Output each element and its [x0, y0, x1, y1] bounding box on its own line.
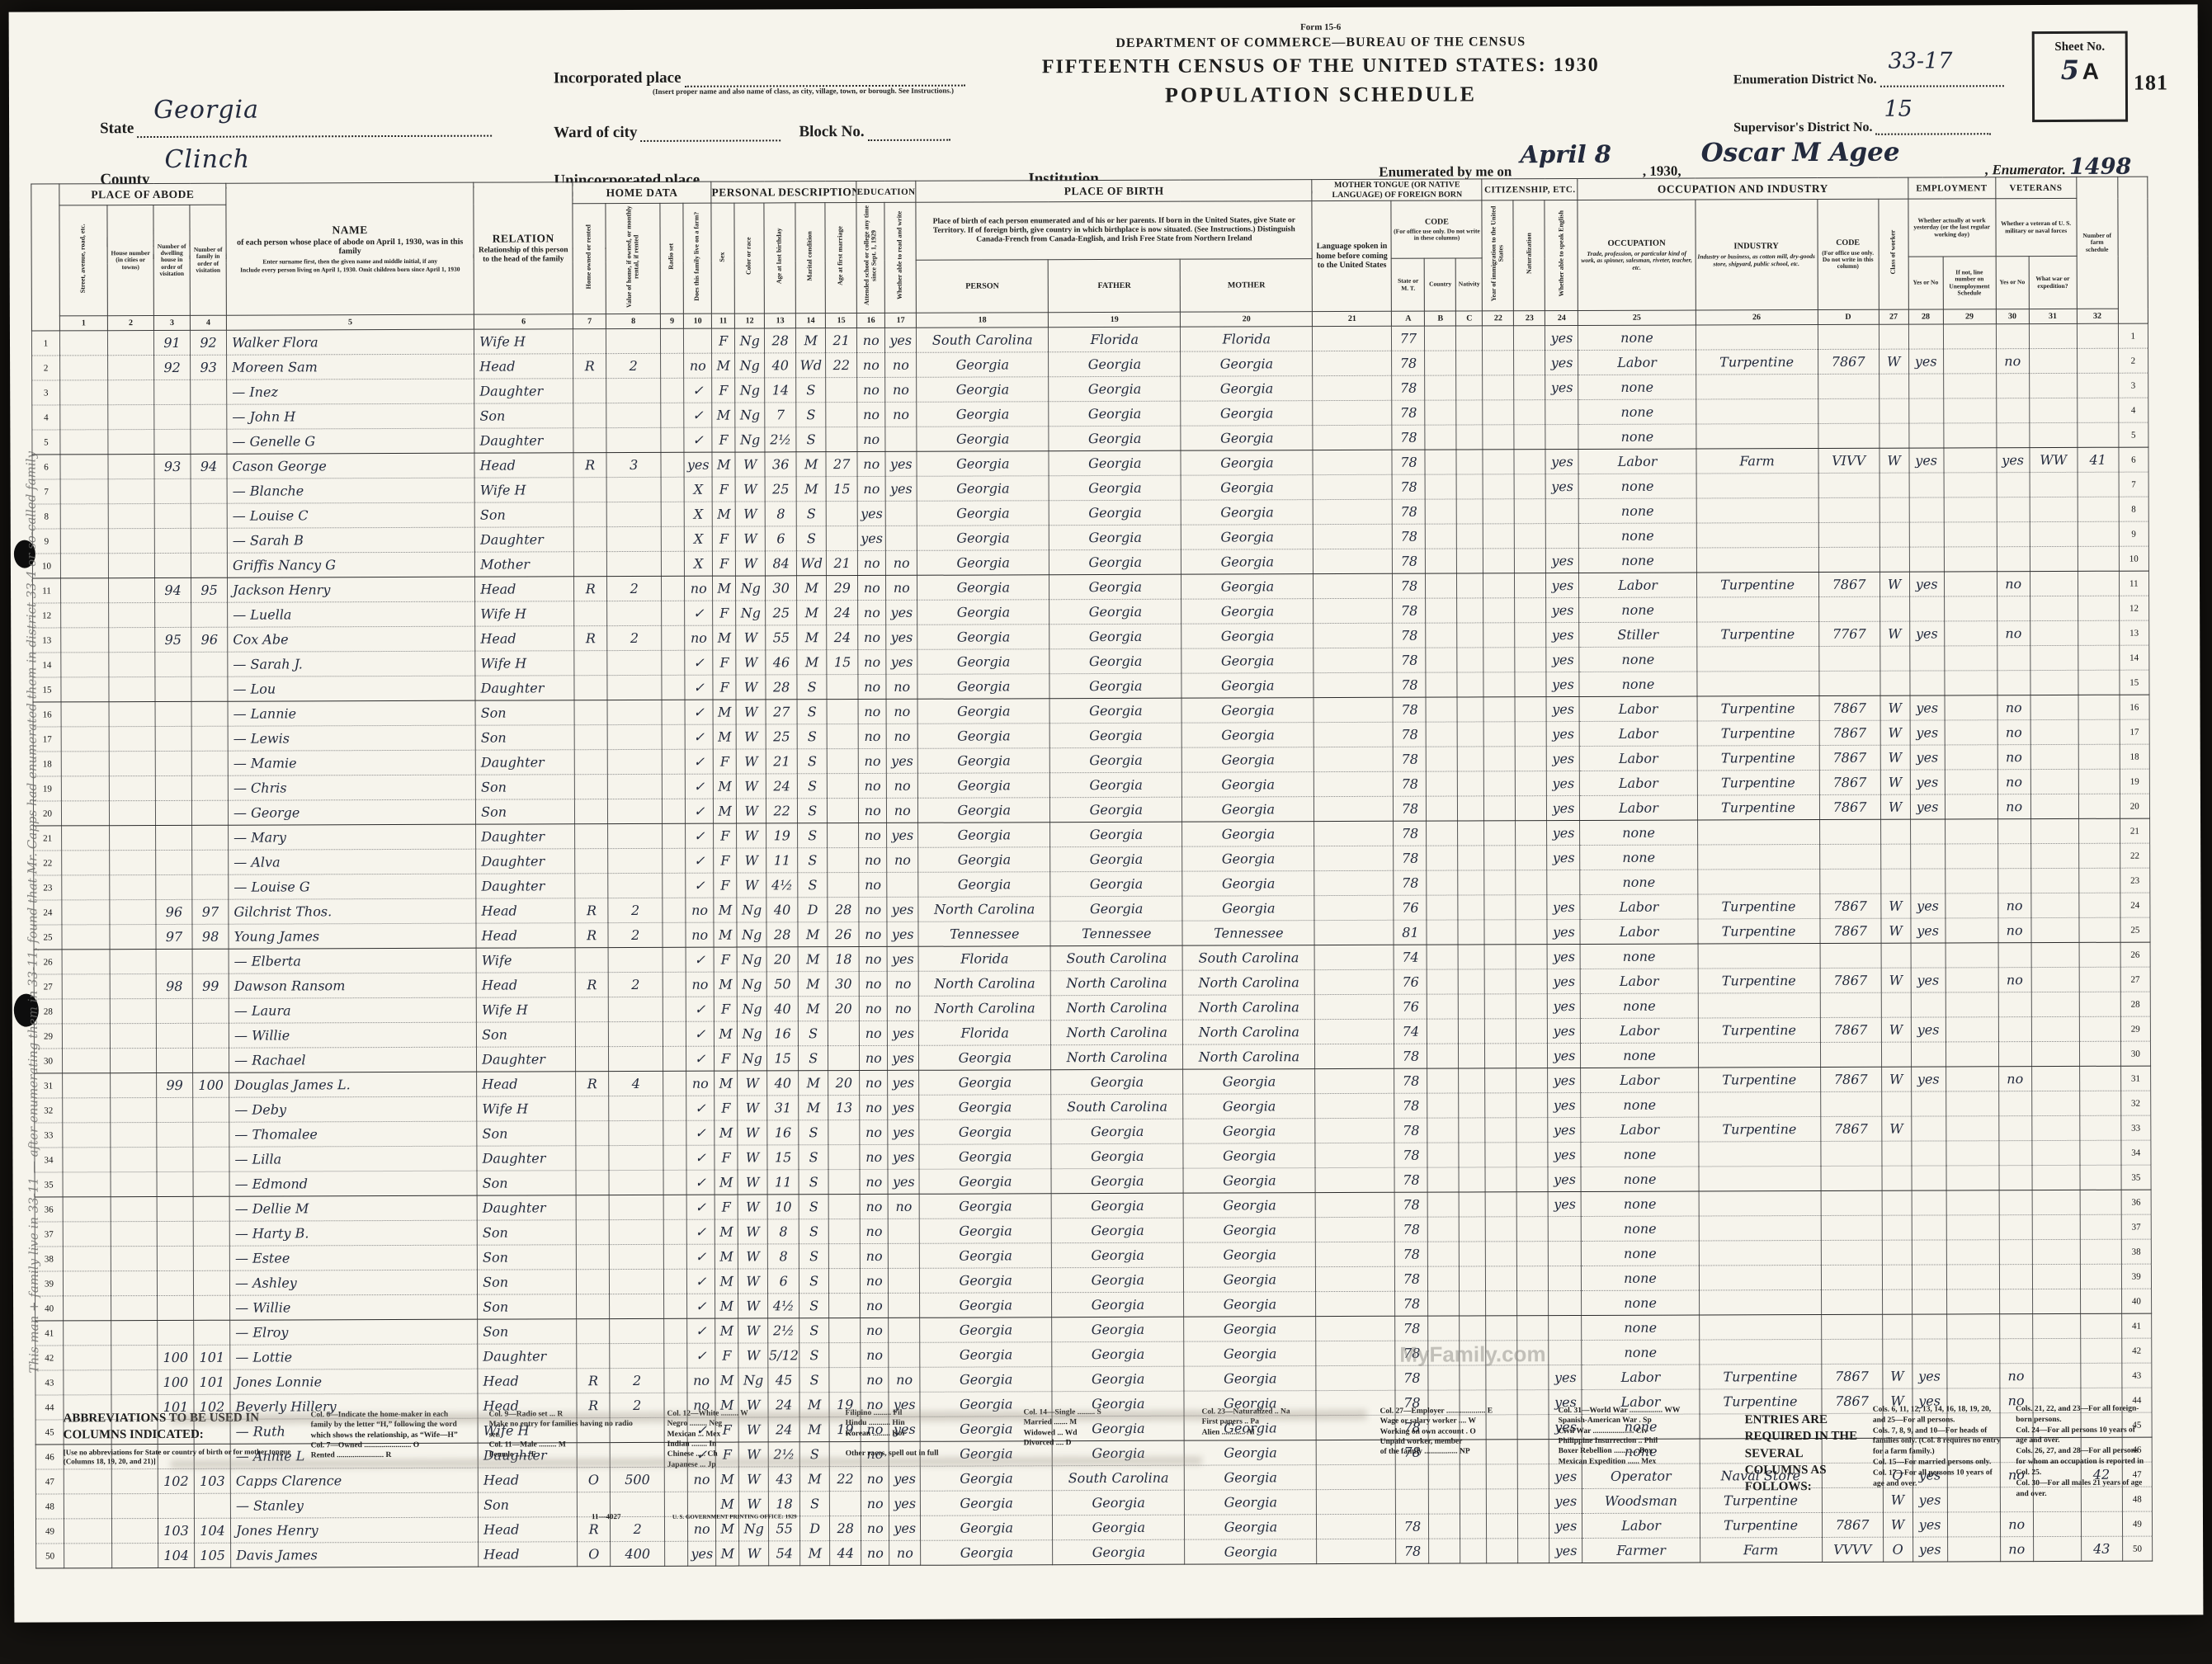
cell [1515, 648, 1546, 672]
cell [1516, 722, 1547, 747]
cell: yes [1545, 375, 1578, 399]
cell [1515, 623, 1546, 648]
cell [191, 379, 227, 404]
cell: no [1998, 918, 2031, 943]
cell [191, 775, 228, 800]
cell [1460, 1539, 1487, 1563]
cell: 7867 [1819, 720, 1880, 745]
cell [191, 701, 228, 726]
cell: 2 [608, 898, 663, 922]
cell: W [1882, 1364, 1912, 1388]
sup-district-value: 15 [1884, 97, 1912, 122]
cell [1425, 375, 1456, 400]
cell: no [686, 898, 714, 922]
cell: ✓ [686, 997, 714, 1021]
cell [2078, 868, 2120, 893]
cell: no [1997, 745, 2030, 770]
cell: Georgia [1049, 351, 1181, 377]
cell [1996, 423, 2029, 448]
cell [1879, 423, 1908, 448]
cell: Georgia [1052, 1267, 1184, 1293]
cell [1460, 1192, 1486, 1217]
cell [1483, 450, 1514, 474]
cell: yes [888, 1095, 919, 1120]
cell: yes [1548, 944, 1581, 969]
cell [1313, 400, 1392, 425]
cell [109, 603, 155, 628]
column-number: 26 [1696, 309, 1818, 325]
col-25-header: OCCUPATION Trade, profession, or particu… [1578, 200, 1695, 310]
cell: ✓ [687, 1269, 715, 1294]
cell: — Lannie [228, 700, 475, 726]
cell [1908, 324, 1943, 349]
cell: W [735, 526, 765, 551]
cell: 11 [766, 848, 798, 873]
cell [109, 776, 155, 801]
cell [157, 1147, 193, 1171]
cell [1946, 1017, 1998, 1042]
cell: Georgia [1183, 1069, 1315, 1095]
cell: M [796, 452, 826, 477]
cell: Ng [737, 972, 766, 997]
cell [607, 724, 662, 749]
cell [1483, 623, 1515, 648]
cell [2030, 843, 2078, 868]
cell [1945, 745, 1997, 770]
cell: Daughter [477, 1195, 576, 1220]
line-number: 50 [36, 1544, 64, 1568]
cell: 11 [767, 1170, 799, 1195]
line-number: 25 [2120, 917, 2150, 942]
cell: F [713, 601, 736, 625]
cell [1425, 351, 1456, 375]
cell: yes [1546, 647, 1579, 672]
cell: none [1581, 1043, 1698, 1068]
cell: no [2000, 1537, 2033, 1562]
cell [575, 799, 608, 824]
cell: none [1579, 474, 1696, 498]
line-number: 44 [35, 1395, 64, 1420]
cell: 78 [1394, 722, 1427, 747]
cell [1944, 646, 1997, 671]
cell [62, 925, 110, 950]
cell [1315, 994, 1394, 1019]
cell: Ng [738, 1046, 767, 1071]
cell [576, 1220, 609, 1245]
cell [1458, 870, 1484, 895]
col-A-header: State or M. T. [1392, 258, 1425, 311]
cell [1943, 349, 1996, 374]
cell [1946, 1190, 1999, 1215]
cell [1880, 819, 1910, 844]
cell: no [860, 996, 888, 1021]
cell: X [684, 477, 712, 502]
cell [60, 504, 108, 529]
cell [1818, 671, 1879, 695]
cell [1485, 1068, 1516, 1093]
cell [1946, 1141, 1999, 1166]
cell [1910, 869, 1945, 893]
cell: no [857, 451, 885, 476]
cell: F [715, 1145, 738, 1170]
cell: 50 [766, 972, 798, 997]
cell: S [799, 1170, 828, 1195]
cell [2029, 323, 2077, 348]
cell [1314, 920, 1394, 945]
cell [1943, 374, 1996, 398]
column-number: 19 [1049, 312, 1181, 328]
cell [192, 998, 229, 1023]
cell: Wd [797, 551, 827, 576]
cell [155, 775, 191, 800]
cell: 7867 [1819, 745, 1880, 770]
cell [2078, 794, 2120, 818]
cell [1515, 672, 1546, 697]
cell [108, 356, 154, 380]
cell: W [736, 675, 766, 700]
cell [607, 675, 662, 700]
cell [111, 1098, 157, 1123]
cell [1458, 895, 1484, 920]
cell [573, 329, 606, 354]
cell: 104 [158, 1543, 195, 1567]
cell [576, 1146, 609, 1171]
cell [828, 774, 859, 799]
cell: ✓ [687, 1343, 715, 1368]
cell [606, 427, 661, 452]
col-3-header: Number of dwelling house in order of vis… [153, 205, 190, 315]
cell [576, 1171, 609, 1195]
cell [889, 1293, 920, 1318]
line-number: 43 [2121, 1363, 2151, 1388]
cell: W [1879, 621, 1909, 646]
line-number: 27 [2120, 967, 2150, 992]
cell [1912, 1265, 1946, 1289]
cell: no [686, 1071, 715, 1096]
cell [1944, 448, 1997, 473]
cell [2080, 1313, 2121, 1338]
cell [2078, 769, 2120, 794]
cell: 28 [766, 675, 797, 700]
cell: M [797, 650, 827, 675]
cell [1460, 1242, 1486, 1266]
cell: 78 [1393, 648, 1426, 672]
cell: 2½ [765, 427, 796, 452]
cell: W [1880, 695, 1910, 720]
cell: 15 [826, 477, 857, 502]
cell: 98 [156, 973, 192, 998]
cell: F [712, 427, 735, 452]
column-number: 28 [1908, 309, 1943, 324]
cell: yes [1547, 721, 1580, 746]
cell [1485, 994, 1516, 1019]
cell [62, 950, 110, 974]
cell [108, 380, 154, 405]
cell: Turpentine [1697, 695, 1819, 721]
cell: no [858, 575, 886, 600]
cell [610, 1294, 664, 1318]
cell: ✓ [686, 1120, 715, 1145]
cell [2030, 670, 2078, 695]
cell: Georgia [1181, 450, 1313, 476]
abbreviation-block: Col. 31—World War ................. WW S… [1559, 1405, 1715, 1467]
cell: Georgia [1181, 698, 1314, 724]
cell [1996, 324, 2029, 349]
cell [1460, 1316, 1486, 1341]
cell: none [1579, 548, 1696, 573]
cell: Head [475, 577, 574, 601]
cell: Labor [1579, 696, 1696, 721]
cell [1998, 1017, 2031, 1042]
cell [1546, 498, 1579, 523]
cell: Georgia [1049, 500, 1181, 526]
cell [2030, 868, 2078, 893]
cell: 22 [766, 799, 798, 823]
cell [154, 503, 191, 528]
cell [1314, 672, 1393, 697]
cell: M [797, 625, 827, 650]
cell [111, 1222, 157, 1247]
cell: yes [886, 625, 917, 649]
cell [1696, 497, 1818, 523]
line-number: 14 [2119, 645, 2148, 670]
col-13-header: Age at last birthday [764, 203, 795, 313]
cell [1699, 1314, 1821, 1340]
cell: ✓ [686, 823, 714, 848]
cell [2078, 571, 2119, 596]
cell: none [1582, 1241, 1699, 1266]
cell: Georgia [1182, 822, 1314, 847]
cell: S [799, 1145, 828, 1170]
cell [191, 800, 228, 825]
cell: 40 [767, 1071, 799, 1096]
line-number: 11 [2119, 571, 2148, 596]
cell [1821, 1314, 1882, 1339]
cell: W [1881, 1116, 1911, 1141]
cell [1945, 893, 1997, 918]
col-10-header: Does this family live on a farm? [683, 203, 711, 313]
cell [156, 949, 192, 973]
cell: 78 [1394, 747, 1427, 771]
cell: no [857, 377, 885, 402]
cell [110, 826, 156, 851]
cell: no [887, 773, 918, 798]
cell [1457, 598, 1483, 623]
line-number: 15 [2120, 670, 2149, 695]
cell [1483, 648, 1515, 672]
cell [1516, 796, 1547, 821]
cell [1998, 992, 2031, 1017]
cell: Ng [735, 328, 765, 353]
cell: yes [885, 476, 917, 501]
line-number: 4 [2118, 398, 2148, 422]
cell: no [861, 1243, 889, 1268]
cell: W [737, 848, 766, 873]
cell [2080, 1165, 2121, 1190]
cell: Georgia [1052, 1317, 1184, 1342]
cell: 6 [765, 526, 796, 551]
cell: W [736, 650, 766, 675]
cell: M [796, 328, 826, 353]
cell: 78 [1394, 1068, 1427, 1093]
cell [1483, 598, 1515, 623]
cell [1516, 895, 1547, 920]
cell [1818, 473, 1879, 497]
cell [194, 1295, 230, 1320]
cell: Son [477, 1121, 576, 1146]
cell: Florida [1181, 327, 1313, 352]
cell [576, 1121, 609, 1146]
cell [1457, 499, 1483, 524]
cell: 93 [154, 454, 191, 478]
cell: no [860, 1120, 888, 1144]
cell [1515, 573, 1546, 598]
cell: M [715, 1071, 738, 1096]
cell [2032, 1363, 2080, 1388]
cell [1882, 1314, 1912, 1339]
cell [1943, 398, 1996, 423]
cell: W [1881, 1067, 1911, 1091]
cell [60, 356, 108, 380]
cell: Georgia [1181, 525, 1314, 550]
entries-rule: Cols. 26, 27, and 28—For all persons for… [2016, 1446, 2144, 1478]
column-number: 20 [1181, 312, 1313, 328]
enumerator-name: Oscar M Agee [1701, 138, 1900, 168]
cell [661, 477, 684, 502]
cell [1515, 598, 1546, 623]
cell: R [574, 626, 607, 651]
cell: Georgia [1181, 673, 1314, 699]
cell [1999, 1240, 2032, 1265]
cell [60, 554, 108, 578]
cell: 78 [1392, 375, 1425, 400]
enumerated-label: Enumerated by me on [1379, 163, 1512, 180]
cell [61, 752, 109, 776]
cell [2029, 373, 2077, 398]
cell: Wife H [474, 329, 573, 354]
cell [1427, 920, 1458, 945]
cell: 16 [767, 1120, 799, 1145]
cell: yes [1549, 1191, 1582, 1216]
cell: no [857, 427, 885, 451]
cell: 96 [156, 899, 192, 924]
col-19-header: FATHER [1048, 259, 1180, 312]
cell: W [736, 724, 766, 749]
cell: Georgia [1049, 673, 1181, 699]
column-number: 30 [1996, 309, 2029, 324]
cell: 95 [191, 577, 228, 602]
cell [608, 823, 663, 848]
cell: Son [476, 799, 575, 824]
cell: Cox Abe [228, 626, 475, 652]
cell [109, 677, 155, 702]
line-number: 33 [2120, 1115, 2150, 1140]
cell: M [712, 403, 735, 427]
cell [888, 1219, 919, 1243]
cell [156, 1023, 192, 1048]
cell [2031, 1016, 2079, 1041]
cell: Georgia [1182, 846, 1314, 872]
cell: — Luella [228, 601, 475, 627]
cell [663, 1046, 686, 1071]
cell [62, 851, 110, 875]
cell [609, 1120, 663, 1145]
cell: W [738, 1096, 767, 1120]
cell [109, 752, 155, 776]
sheet-number-box: Sheet No. 5 A [2032, 31, 2128, 122]
cell: Georgia [918, 798, 1050, 823]
cell [1486, 1217, 1517, 1242]
cell: no [1997, 720, 2030, 745]
cell: Georgia [919, 1169, 1051, 1195]
cell: no [860, 1045, 888, 1070]
cell: yes [887, 823, 918, 847]
gpo-line: U. S. GOVERNMENT PRINTING OFFICE: 1929 [672, 1514, 797, 1521]
cell: M [799, 1071, 828, 1096]
cell [154, 528, 191, 553]
cell: W [738, 1219, 767, 1244]
cell [62, 900, 110, 925]
cell: Georgia [1049, 475, 1181, 501]
cell: Jones Lonnie [230, 1369, 478, 1394]
cell: Ng [737, 997, 766, 1021]
cell [1427, 1019, 1459, 1044]
column-number: 27 [1879, 309, 1908, 324]
cell [1881, 1042, 1911, 1067]
cell [1425, 425, 1456, 450]
cell [1699, 1265, 1821, 1290]
cell: 22 [826, 353, 857, 378]
cell: South Carolina [1050, 945, 1182, 971]
cell: 96 [191, 627, 228, 652]
cell: Georgia [917, 427, 1049, 452]
cell: 15 [767, 1046, 799, 1071]
cell: South Carolina [917, 328, 1049, 353]
cell [1818, 398, 1879, 423]
cell [2032, 1264, 2080, 1289]
cell [1428, 1217, 1460, 1242]
cell: no [857, 328, 885, 352]
cell: M [715, 1170, 738, 1195]
cell [192, 1023, 229, 1048]
cell: F [714, 848, 737, 873]
cell [826, 378, 857, 403]
cell: R [573, 354, 606, 379]
watermark: MyFamily.com [1399, 1341, 1545, 1368]
cell [154, 404, 191, 429]
cell [663, 1219, 686, 1244]
cell: Georgia [1184, 1366, 1316, 1392]
cell [110, 851, 156, 875]
line-number: 8 [2119, 497, 2148, 521]
cell: S [799, 1195, 828, 1219]
entries-right: Cols. 21, 22, and 23—For all foreign-bor… [2016, 1404, 2144, 1500]
cell: W [735, 502, 765, 526]
cell: — Dellie M [229, 1195, 477, 1221]
cell [609, 1046, 663, 1071]
cell: 2 [607, 625, 662, 650]
cell [63, 1172, 111, 1197]
entries-rule: Cols. 21, 22, and 23—For all foreign-bor… [2016, 1404, 2144, 1426]
cell [2030, 719, 2078, 744]
cell: ✓ [687, 1318, 715, 1343]
cell: no [886, 724, 917, 748]
cell [663, 1021, 686, 1046]
cell: — Rachael [229, 1047, 477, 1072]
cell: 2 [608, 972, 663, 997]
cell [829, 1269, 861, 1294]
cell: 78 [1396, 1539, 1429, 1563]
